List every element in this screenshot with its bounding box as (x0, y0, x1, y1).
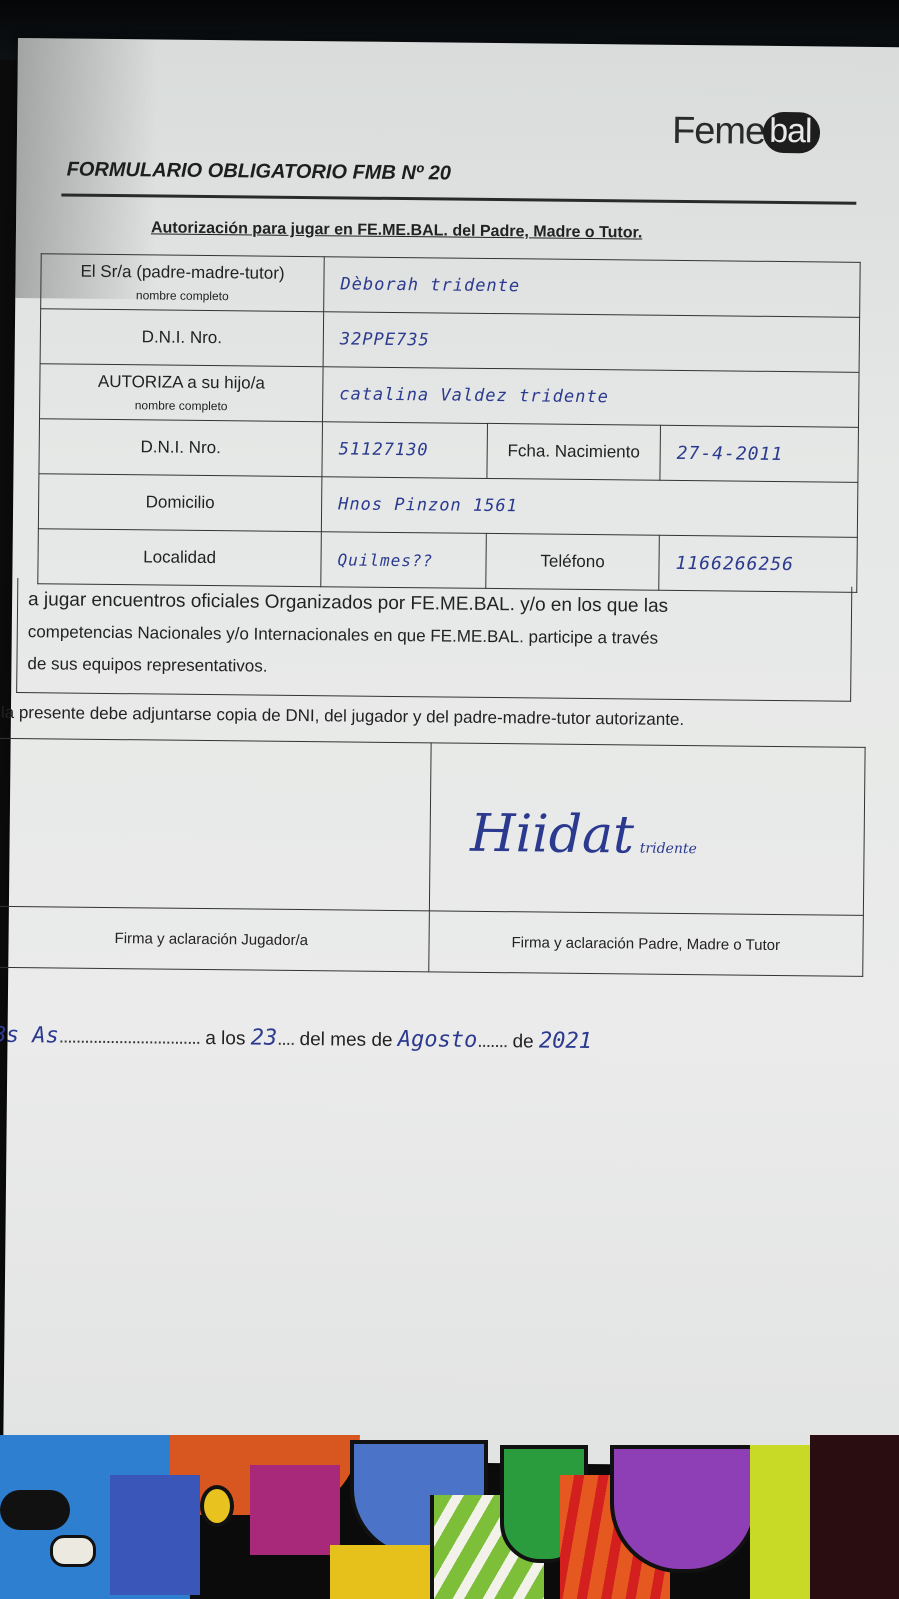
address-field[interactable]: Hnos Pinzon 1561 (321, 477, 858, 538)
parent-name-field[interactable]: Dèborah tridente (324, 257, 861, 318)
logo-ball-icon: bal (763, 112, 820, 154)
phone-label: Teléfono (486, 533, 660, 590)
child-name-row: AUTORIZA a su hijo/a nombre completo cat… (40, 364, 860, 428)
child-dni-row: D.N.I. Nro. 51127130 Fcha. Nacimiento 27… (39, 419, 859, 483)
attachment-note: la presente debe adjuntarse copia de DNI… (1, 703, 684, 730)
locality-field[interactable]: Quilmes?? (321, 532, 487, 589)
authorization-table: El Sr/a (padre-madre-tutor) nombre compl… (37, 253, 860, 593)
label-subtext: nombre completo (42, 287, 322, 304)
child-dni-field[interactable]: 51127130 (322, 422, 488, 479)
form-title: FORMULARIO OBLIGATORIO FMB Nº 20 (66, 159, 451, 186)
player-signature-area[interactable] (0, 738, 431, 911)
signature-table: Hiidattridente Firma y aclaración Jugado… (0, 738, 866, 977)
parent-name-row: El Sr/a (padre-madre-tutor) nombre compl… (41, 254, 861, 318)
month-prefix: del mes de (299, 1029, 392, 1051)
femebal-logo: Femebal (672, 110, 820, 155)
parent-signature: Hiidattridente (470, 804, 697, 866)
logo-text: Feme (672, 110, 766, 154)
colorful-artwork-background (0, 1435, 899, 1599)
parent-signature-area[interactable]: Hiidattridente (429, 743, 865, 916)
signature-text: Hiidat (470, 804, 634, 866)
parent-name-label: El Sr/a (padre-madre-tutor) nombre compl… (41, 254, 325, 312)
birth-date-field[interactable]: 27-4-2011 (660, 425, 859, 482)
address-label: Domicilio (38, 474, 322, 532)
authorization-paragraph: a jugar encuentros oficiales Organizados… (16, 578, 852, 702)
form-document: Femebal FORMULARIO OBLIGATORIO FMB Nº 20… (3, 38, 899, 1467)
date-line: Bs As................................. a… (0, 1023, 592, 1054)
parent-dni-field[interactable]: 32PPE735 (323, 312, 860, 373)
label-text: El Sr/a (padre-madre-tutor) (80, 262, 284, 283)
child-name-label: AUTORIZA a su hijo/a nombre completo (40, 364, 324, 422)
label-text: AUTORIZA a su hijo/a (98, 372, 265, 393)
divider (61, 193, 856, 204)
parent-signature-label: Firma y aclaración Padre, Madre o Tutor (428, 911, 863, 977)
month-field[interactable]: Agosto (398, 1027, 478, 1053)
year-prefix: de (512, 1031, 533, 1052)
parent-dni-row: D.N.I. Nro. 32PPE735 (40, 309, 860, 373)
parent-dni-label: D.N.I. Nro. (40, 309, 324, 367)
form-subtitle: Autorización para jugar en FE.ME.BAL. de… (151, 219, 642, 242)
player-signature-label: Firma y aclaración Jugador/a (0, 906, 429, 972)
phone-field[interactable]: 1166266256 (659, 535, 858, 592)
label-subtext: nombre completo (41, 397, 321, 414)
year-field[interactable]: 2021 (539, 1029, 592, 1055)
child-dni-label: D.N.I. Nro. (39, 419, 323, 477)
address-row: Domicilio Hnos Pinzon 1561 (38, 474, 858, 538)
birth-date-label: Fcha. Nacimiento (487, 423, 661, 480)
signature-clarification: tridente (640, 841, 697, 858)
place-field[interactable]: Bs As (0, 1023, 59, 1049)
day-prefix: a los (205, 1028, 245, 1049)
child-name-field[interactable]: catalina Valdez tridente (322, 367, 859, 428)
day-field[interactable]: 23 (251, 1025, 278, 1050)
